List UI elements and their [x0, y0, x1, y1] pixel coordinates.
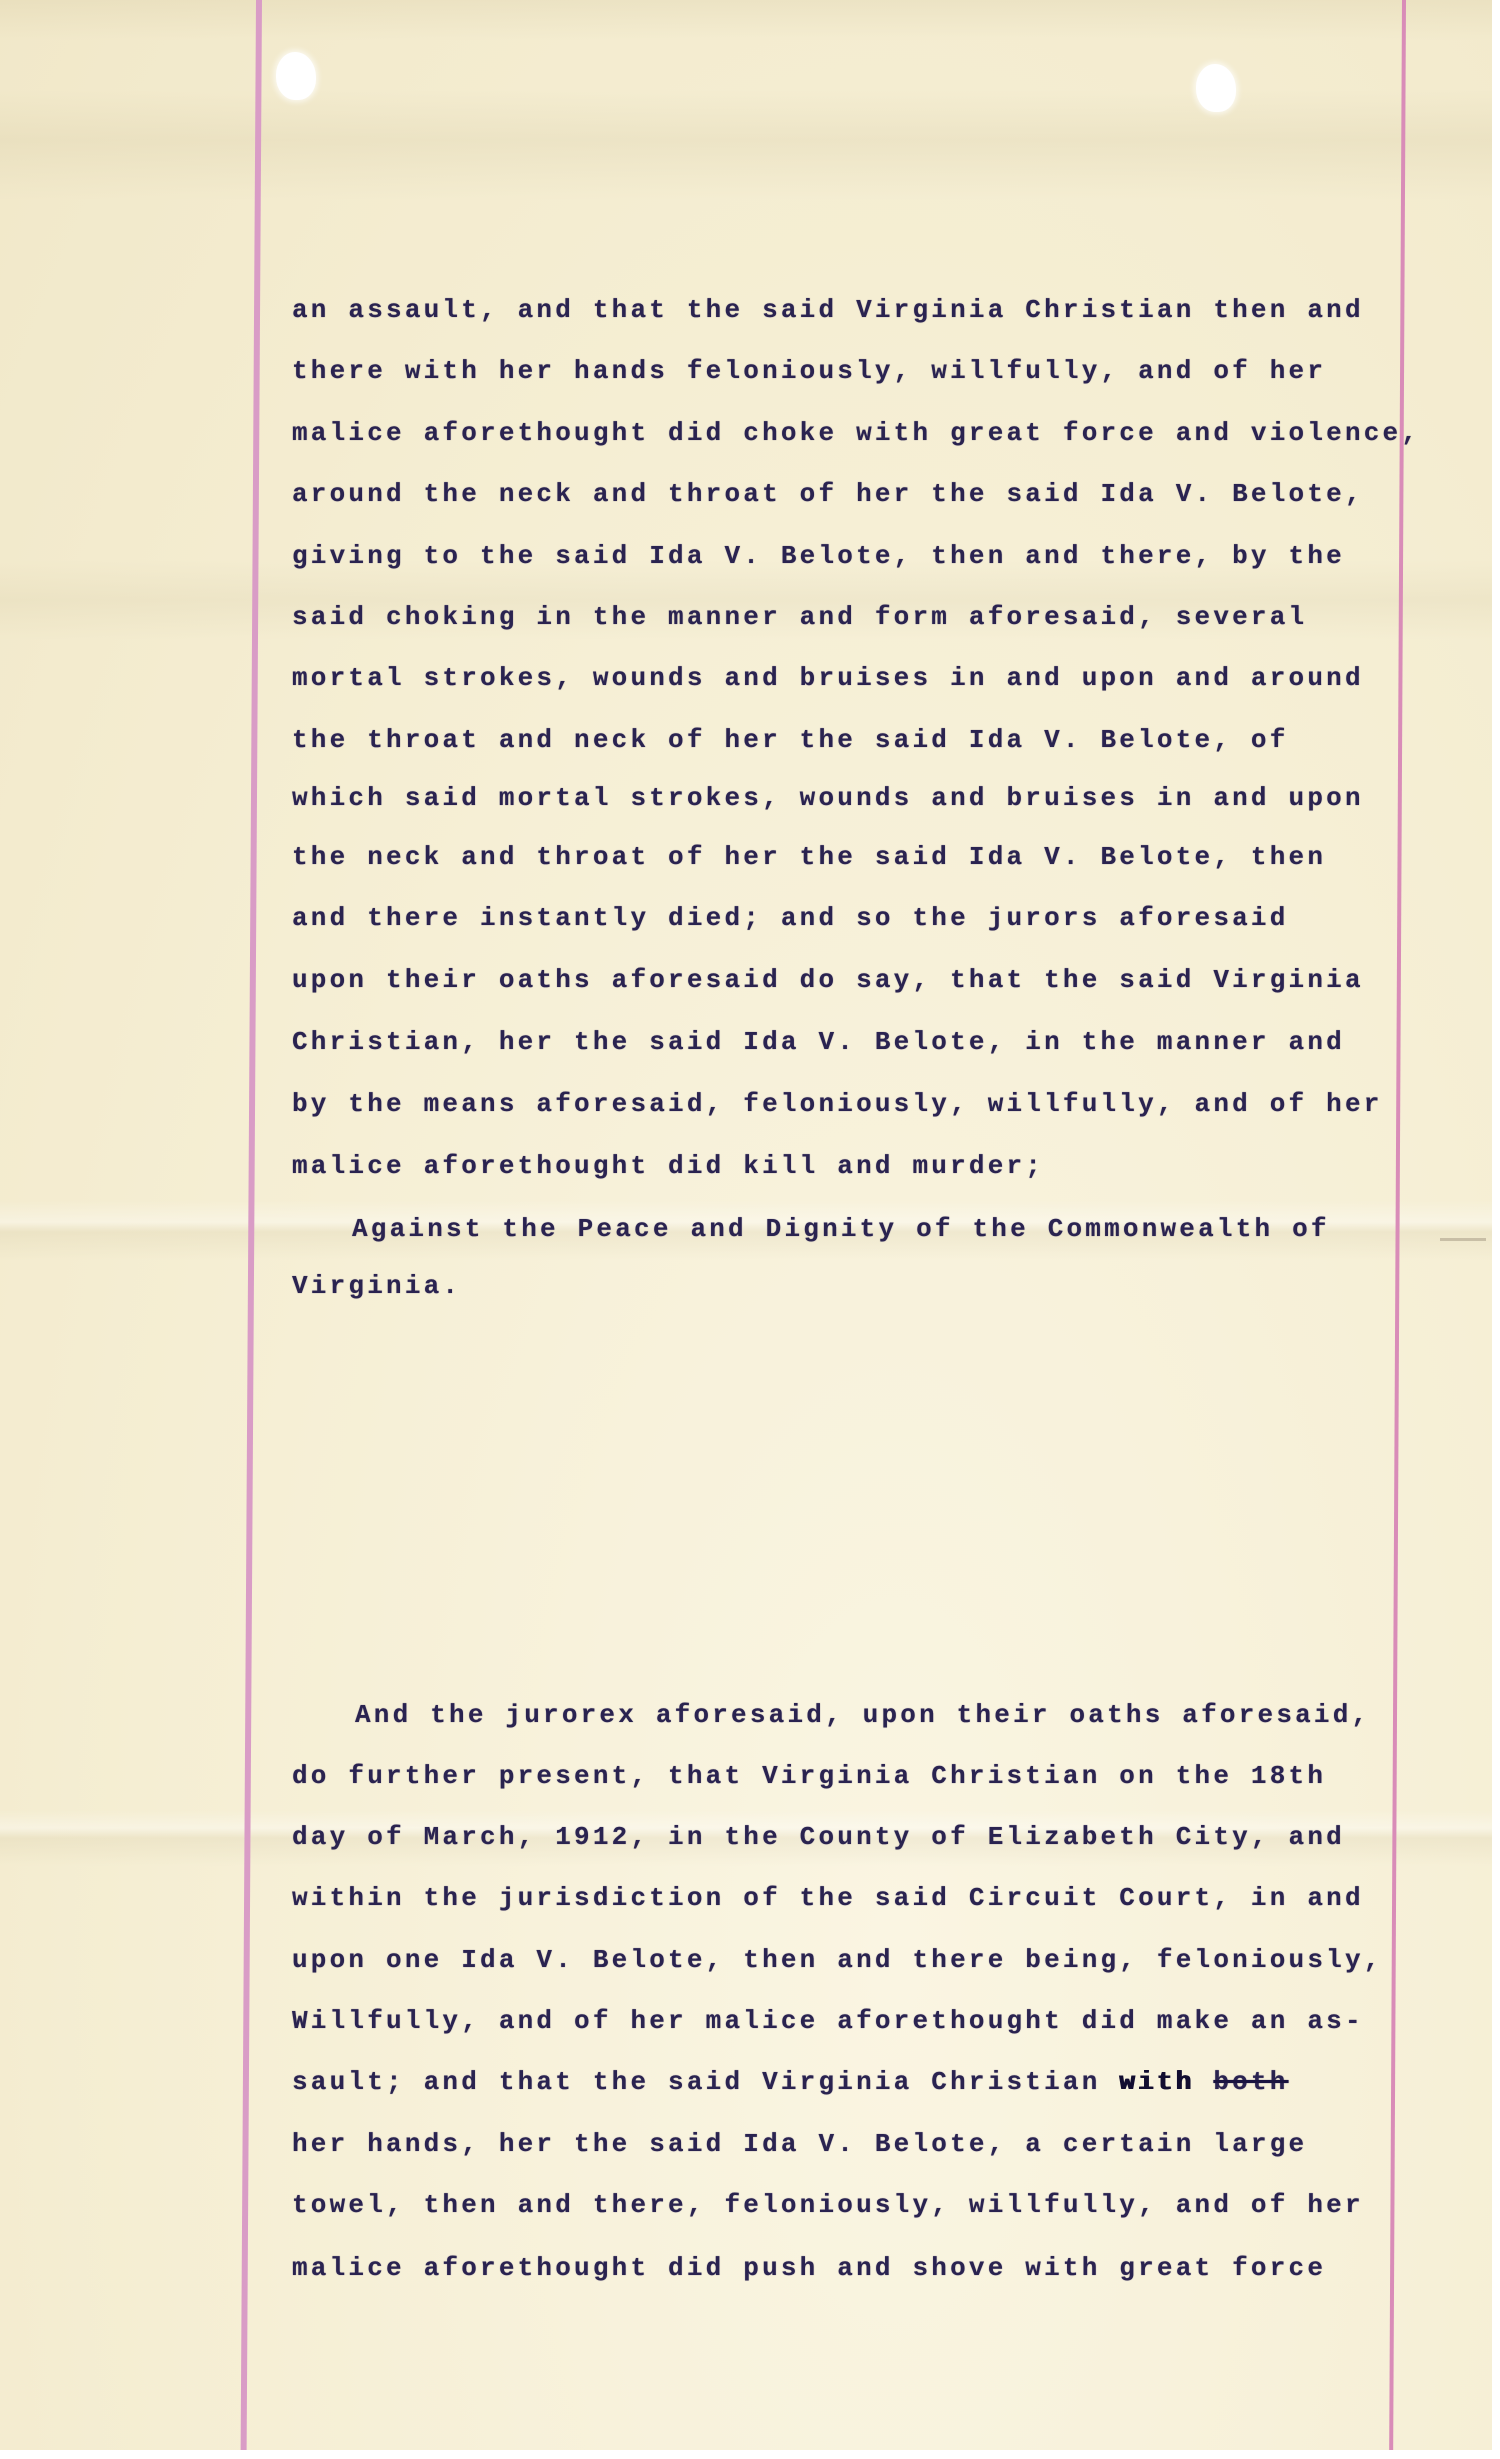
text-line: and there instantly died; and so the jur… — [292, 902, 1289, 934]
text-line: malice aforethought did push and shove w… — [292, 2252, 1326, 2284]
text-line: upon one Ida V. Belote, then and there b… — [292, 1944, 1383, 1976]
closing-line: Against the Peace and Dignity of the Com… — [352, 1213, 1330, 1245]
text-line: towel, then and there, feloniously, will… — [292, 2189, 1364, 2221]
text-line: upon their oaths aforesaid do say, that … — [292, 964, 1364, 996]
text-line: mortal strokes, wounds and bruises in an… — [292, 662, 1364, 694]
text-line: the neck and throat of her the said Ida … — [292, 841, 1326, 873]
closing-line: Virginia. — [292, 1270, 461, 1302]
text-line: which said mortal strokes, wounds and br… — [292, 782, 1364, 814]
text-line: within the jurisdiction of the said Circ… — [292, 1882, 1364, 1914]
text-line: malice aforethought did kill and murder; — [292, 1150, 1044, 1182]
text-line: do further present, that Virginia Christ… — [292, 1760, 1326, 1792]
text-line: day of March, 1912, in the County of Eli… — [292, 1821, 1345, 1853]
text-line: around the neck and throat of her the sa… — [292, 478, 1364, 510]
text-line: the throat and neck of her the said Ida … — [292, 724, 1289, 756]
text-line: there with her hands feloniously, willfu… — [292, 355, 1326, 387]
text-line: by the means aforesaid, feloniously, wil… — [292, 1088, 1383, 1120]
scan-bottom-edge — [0, 2450, 1500, 2459]
text-line: her hands, her the said Ida V. Belote, a… — [292, 2128, 1307, 2160]
text-line-with-correction: sault; and that the said Virginia Christ… — [292, 2066, 1289, 2098]
text-line: Christian, her the said Ida V. Belote, i… — [292, 1026, 1345, 1058]
text-line: Willfully, and of her malice aforethough… — [292, 2005, 1364, 2037]
text-line: giving to the said Ida V. Belote, then a… — [292, 540, 1345, 572]
text-line: And the jurorex aforesaid, upon their oa… — [355, 1699, 1370, 1731]
struck-word: both — [1213, 2067, 1288, 2097]
line-text: sault; and that the said Virginia Christ… — [292, 2067, 1101, 2097]
overtyped-word: with — [1119, 2067, 1194, 2097]
text-line: malice aforethought did choke with great… — [292, 417, 1420, 449]
typewritten-text: an assault, and that the said Virginia C… — [0, 0, 1500, 2459]
text-line: an assault, and that the said Virginia C… — [292, 294, 1364, 326]
text-line: said choking in the manner and form afor… — [292, 601, 1307, 633]
